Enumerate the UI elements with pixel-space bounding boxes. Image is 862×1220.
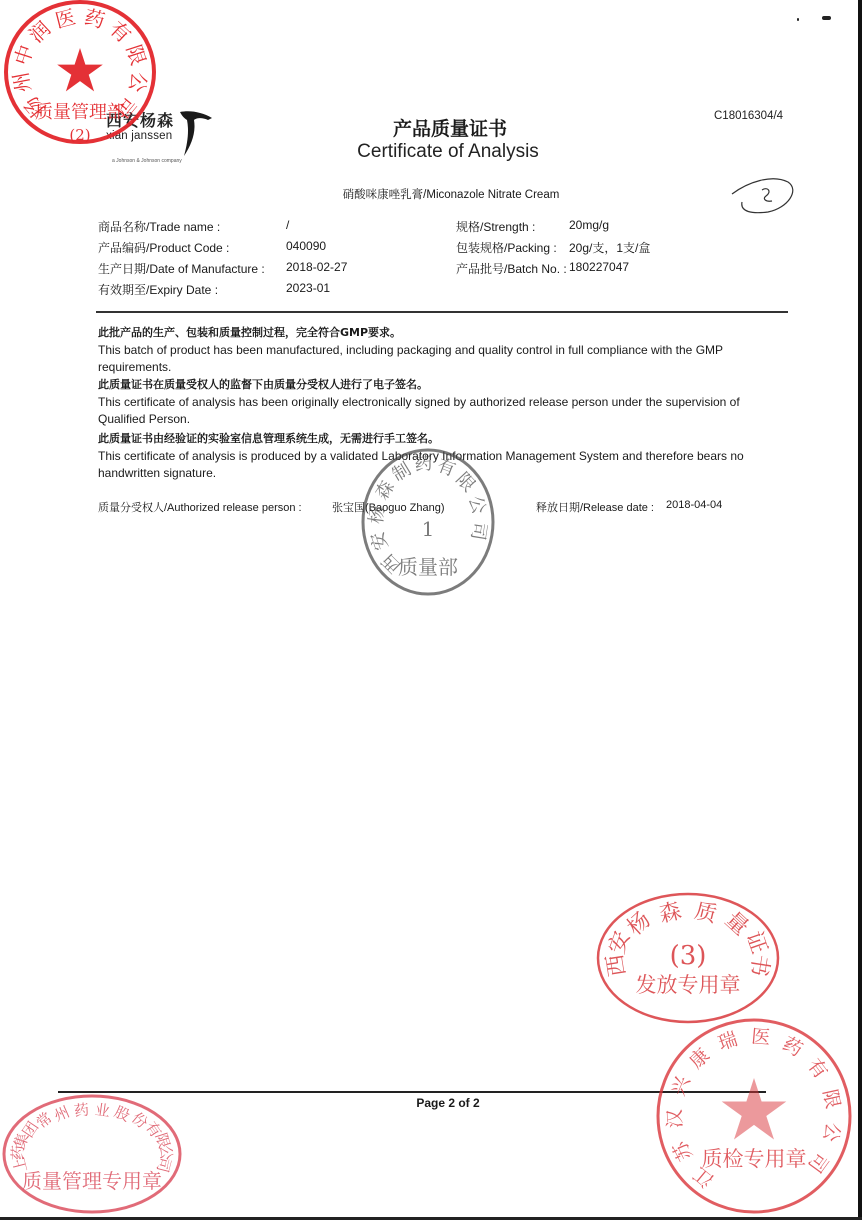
field-value: / [286,218,289,232]
svg-text:苏: 苏 [669,1137,698,1165]
document-number: C18016304/4 [714,110,783,122]
scan-speck [822,16,831,20]
svg-text:有: 有 [142,1118,165,1140]
svg-text:公: 公 [157,1145,175,1161]
field-manufacture-date: 生产日期/Date of Manufacture : 2018-02-27 [98,260,265,277]
handwritten-mark [728,172,800,218]
svg-text:司: 司 [153,1155,174,1174]
field-label: 生产日期/Date of Manufacture : [98,260,265,277]
svg-text:瑞: 瑞 [715,1028,740,1055]
svg-text:(3): (3) [670,941,707,971]
svg-text:安: 安 [367,529,393,553]
svg-text:医: 医 [53,5,78,33]
field-expiry-date: 有效期至/Expiry Date : 2023-01 [98,281,218,298]
svg-text:杨: 杨 [623,907,656,940]
svg-text:公: 公 [124,70,151,94]
svg-text:上: 上 [10,1155,31,1174]
svg-text:汉: 汉 [664,1109,687,1129]
title-en: Certificate of Analysis [0,141,862,163]
statement-gmp: 此批产品的生产、包装和质量控制过程，完全符合GMP要求。 This batch … [98,324,788,377]
svg-text:公: 公 [464,493,489,516]
svg-text:质量部: 质量部 [398,555,458,579]
svg-text:州: 州 [8,70,35,94]
field-label: 产品批号/Batch No. : [456,260,567,277]
field-value: 2023-01 [286,281,330,295]
svg-text:质: 质 [692,899,719,929]
field-packing: 包装规格/Packing : 20g/支，1支/盒 [456,239,557,256]
field-value: 20g/支，1支/盒 [569,239,650,256]
svg-text:润: 润 [24,16,55,47]
scan-speck [797,18,799,21]
statement-cn: 此批产品的生产、包装和质量控制过程，完全符合GMP要求。 [98,324,788,342]
statement-lims: 此质量证书由经验证的实验室信息管理系统生成，无需进行手工签名。 This cer… [98,430,788,483]
field-value: 040090 [286,239,326,253]
field-trade-name: 商品名称/Trade name : / [98,218,220,235]
authorized-person-label: 质量分受权人/Authorized release person : [98,499,302,515]
svg-text:限: 限 [152,1131,174,1151]
release-date-label: 释放日期/Release date : [536,499,654,515]
field-label: 产品编码/Product Code : [98,239,229,256]
svg-text:西: 西 [378,549,406,577]
svg-text:司: 司 [803,1148,832,1176]
svg-text:有: 有 [803,1055,832,1083]
svg-text:份: 份 [128,1109,151,1132]
statement-cn: 此质量证书在质量受权人的监督下由质量分受权人进行了电子签名。 [98,376,788,394]
svg-text:药: 药 [82,5,107,33]
svg-text:司: 司 [467,521,491,542]
statement-en: This batch of product has been manufactu… [98,342,788,377]
footer-divider [58,1091,766,1093]
field-value: 2018-02-27 [286,260,347,274]
svg-text:团: 团 [19,1118,42,1140]
svg-text:1: 1 [422,517,435,541]
svg-text:常: 常 [33,1109,56,1132]
field-label: 规格/Strength : [456,218,535,235]
jiangsu-stamp: 江苏汉兴康瑞医药有限公司质检专用章 [654,1016,858,1220]
svg-text:西: 西 [603,952,631,978]
statement-cn: 此质量证书由经验证的实验室信息管理系统生成，无需进行手工签名。 [98,430,788,448]
shanghai-changzhou-stamp: 上药集团常州药业股份有限公司质量管理专用章 [0,1092,184,1220]
statement-e-signature: 此质量证书在质量受权人的监督下由质量分受权人进行了电子签名。 This cert… [98,376,788,429]
field-label: 有效期至/Expiry Date : [98,281,218,298]
field-batch-no: 产品批号/Batch No. : 180227047 [456,260,567,277]
field-label: 包装规格/Packing : [456,239,557,256]
svg-text:安: 安 [605,928,636,957]
svg-text:集: 集 [11,1131,33,1151]
statement-en: This certificate of analysis has been or… [98,394,788,429]
field-strength: 规格/Strength : 20mg/g [456,218,535,235]
statement-en: This certificate of analysis is produced… [98,448,788,483]
svg-text:量: 量 [720,907,753,940]
field-value: 20mg/g [569,218,609,232]
svg-text:有: 有 [105,16,136,47]
svg-text:江: 江 [689,1162,718,1191]
svg-text:证: 证 [741,928,772,957]
svg-text:质量管理专用章: 质量管理专用章 [22,1169,162,1193]
svg-text:质检专用章: 质检专用章 [702,1147,807,1171]
svg-text:发放专用章: 发放专用章 [636,973,741,997]
authorized-person-value: 张宝国(Baoguo Zhang) [332,499,445,515]
xian-janssen-release-stamp: 西安杨森质量证书发放专用章(3) [594,888,784,1028]
svg-text:药: 药 [9,1145,27,1161]
svg-text:中: 中 [9,42,38,68]
svg-text:医: 医 [750,1026,771,1050]
svg-text:限: 限 [122,42,151,68]
scan-edge-right [858,0,862,1220]
field-value: 180227047 [569,260,629,274]
page-number: Page 2 of 2 [0,1096,862,1110]
svg-text:康: 康 [685,1044,714,1073]
svg-text:书: 书 [745,952,773,978]
field-product-code: 产品编码/Product Code : 040090 [98,239,229,256]
svg-text:药: 药 [779,1033,806,1061]
field-label: 商品名称/Trade name : [98,218,220,235]
svg-text:公: 公 [819,1121,844,1144]
svg-text:森: 森 [657,899,684,929]
header-divider [96,311,788,313]
release-date-value: 2018-04-04 [666,499,722,511]
